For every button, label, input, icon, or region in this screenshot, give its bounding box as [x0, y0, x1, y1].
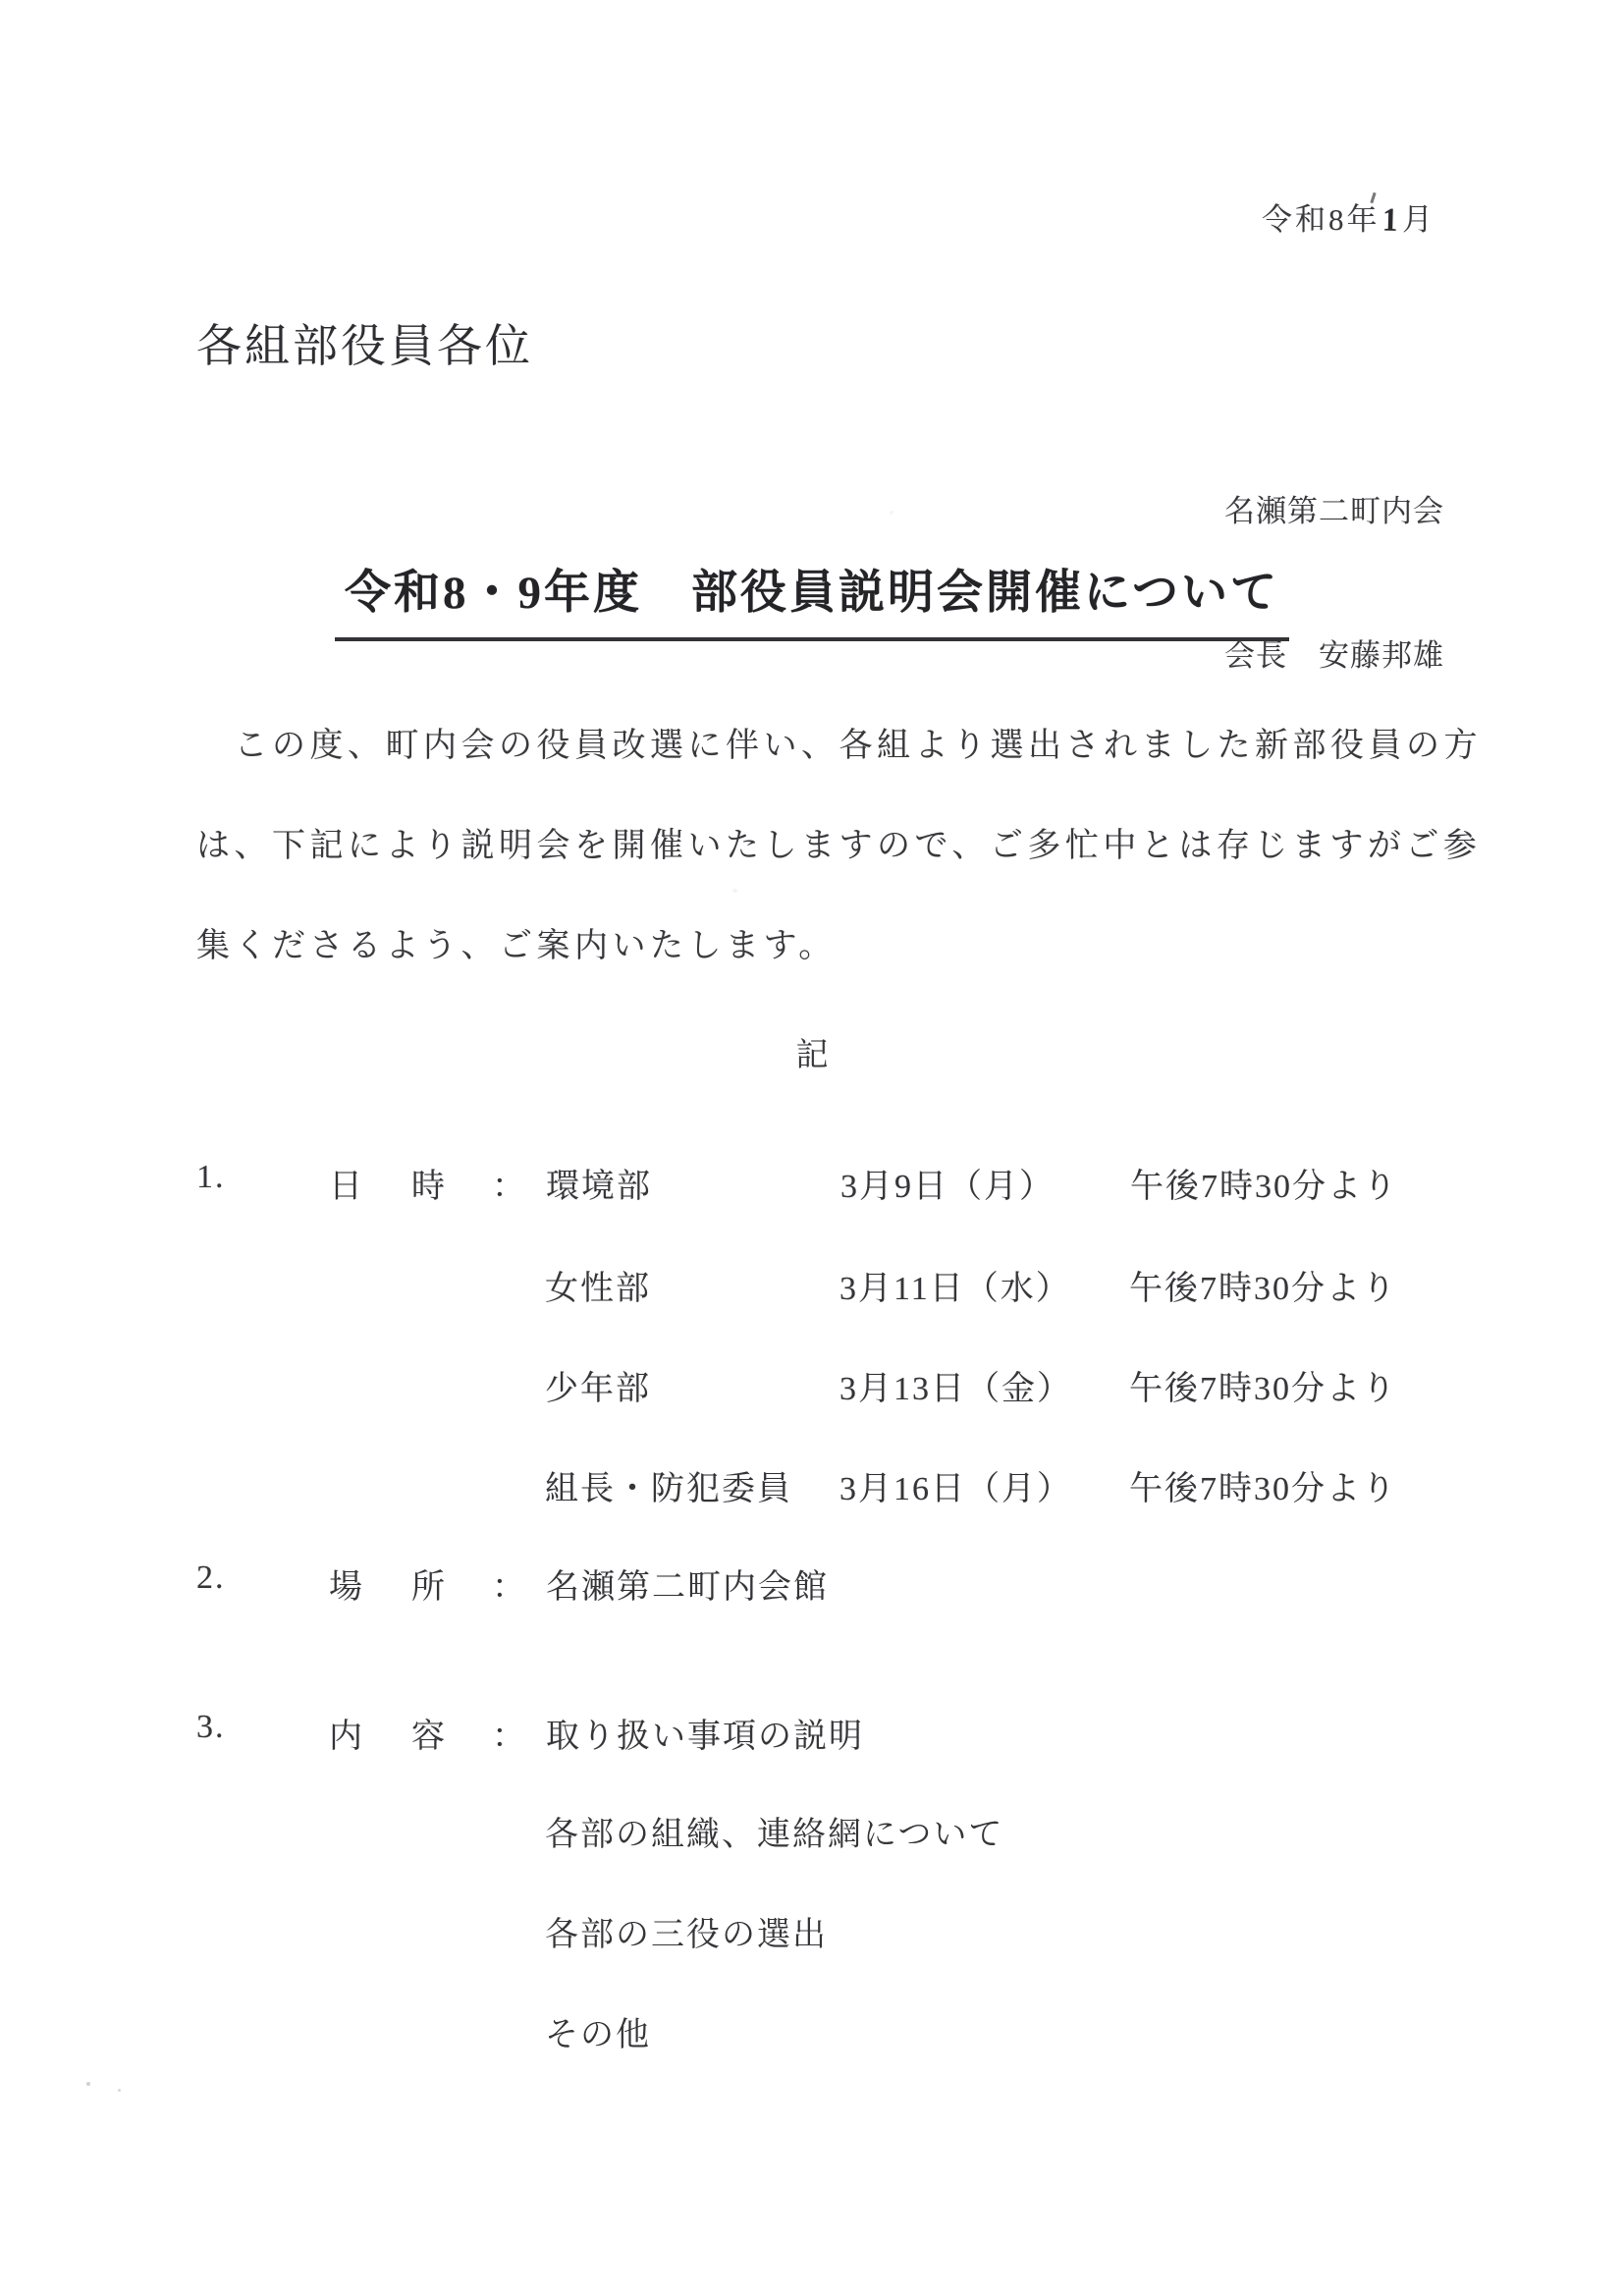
item-label-char2: 所 — [411, 1559, 447, 1608]
agenda-content: 取り扱い事項の説明 — [546, 1709, 864, 1757]
scan-artifact — [86, 2082, 90, 2086]
item-label: 内容 — [329, 1709, 447, 1757]
schedule-row: 環境部 3月9日（月） 午後7時30分より — [546, 1159, 1398, 1207]
issue-date-month-unit: 月 — [1402, 202, 1435, 237]
scan-artifact — [118, 2089, 121, 2092]
item-label-char2: 容 — [411, 1709, 447, 1757]
issue-date-era-year: 令和8年 — [1262, 202, 1380, 237]
item-label-char1: 内 — [329, 1709, 364, 1757]
issue-date: 令和8年1月 — [1262, 194, 1435, 239]
scan-artifact — [890, 511, 893, 515]
list-marker: 記 — [796, 1038, 829, 1073]
item-number: 2. — [196, 1559, 329, 1597]
item-colon: ： — [492, 1559, 525, 1608]
item-label-char1: 日 — [329, 1159, 364, 1207]
item-colon: ： — [492, 1709, 525, 1757]
body-line-3: 集くださるよう、ご案内いたします。 — [196, 918, 837, 966]
schedule-row: 女性部 3月11日（水） 午後7時30分より — [545, 1261, 1397, 1309]
body-line-1: この度、町内会の役員改選に伴い、各組より選出されました新部役員の方 — [196, 718, 1482, 766]
schedule-time: 午後7時30分より — [1129, 1261, 1397, 1309]
agenda-sub-item: 各部の三役の選出 — [545, 1907, 828, 1955]
schedule-row: 組長・防犯委員 3月16日（月） 午後7時30分より — [545, 1461, 1397, 1509]
item-label-char2: 時 — [411, 1159, 447, 1207]
schedule-time: 午後7時30分より — [1129, 1461, 1397, 1509]
place-content: 名瀬第二町内会館 — [546, 1559, 829, 1608]
body-line-2: は、下記により説明会を開催いたしますので、ご多忙中とは存じますがご参 — [196, 818, 1481, 866]
agenda-sub-item: 各部の組織、連絡網について — [545, 1807, 1003, 1855]
schedule-department: 少年部 — [545, 1361, 839, 1409]
schedule-time: 午後7時30分より — [1130, 1159, 1398, 1207]
item-number: 1. — [196, 1159, 329, 1196]
item-number: 3. — [196, 1709, 329, 1746]
item-place-row: 2. 場所 ： 名瀬第二町内会館 — [196, 1559, 829, 1608]
sender-organization: 名瀬第二町内会 — [1224, 487, 1444, 535]
recipient-line: 各組部役員各位 — [196, 310, 533, 375]
document-page: 令和8年1月 各組部役員各位 名瀬第二町内会 会長 安藤邦雄 令和8・9年度 部… — [0, 0, 1624, 2296]
schedule-department: 女性部 — [545, 1261, 839, 1309]
item-label: 日時 — [329, 1159, 447, 1207]
issue-date-month-handwritten: 1 — [1381, 200, 1401, 239]
item-datetime-row: 1. 日時 ： 環境部 3月9日（月） 午後7時30分より — [196, 1159, 1398, 1207]
title-row: 令和8・9年度 部役員説明会開催について — [0, 556, 1624, 641]
item-label: 場所 — [329, 1559, 447, 1608]
schedule-date: 3月9日（月） — [840, 1159, 1130, 1207]
scan-artifact — [732, 889, 737, 893]
schedule-department: 組長・防犯委員 — [545, 1461, 839, 1509]
agenda-sub-item: その他 — [545, 2007, 651, 2055]
item-label-char1: 場 — [329, 1559, 364, 1608]
list-marker-row: 記 — [0, 1029, 1624, 1075]
schedule-department: 環境部 — [546, 1159, 840, 1207]
item-agenda-row: 3. 内容 ： 取り扱い事項の説明 — [196, 1709, 864, 1757]
item-colon: ： — [492, 1159, 525, 1207]
schedule-row: 少年部 3月13日（金） 午後7時30分より — [545, 1361, 1397, 1409]
schedule-date: 3月16日（月） — [839, 1461, 1129, 1509]
schedule-date: 3月11日（水） — [839, 1261, 1129, 1309]
schedule-time: 午後7時30分より — [1129, 1361, 1397, 1409]
document-title: 令和8・9年度 部役員説明会開催について — [335, 556, 1289, 641]
schedule-date: 3月13日（金） — [839, 1361, 1129, 1409]
